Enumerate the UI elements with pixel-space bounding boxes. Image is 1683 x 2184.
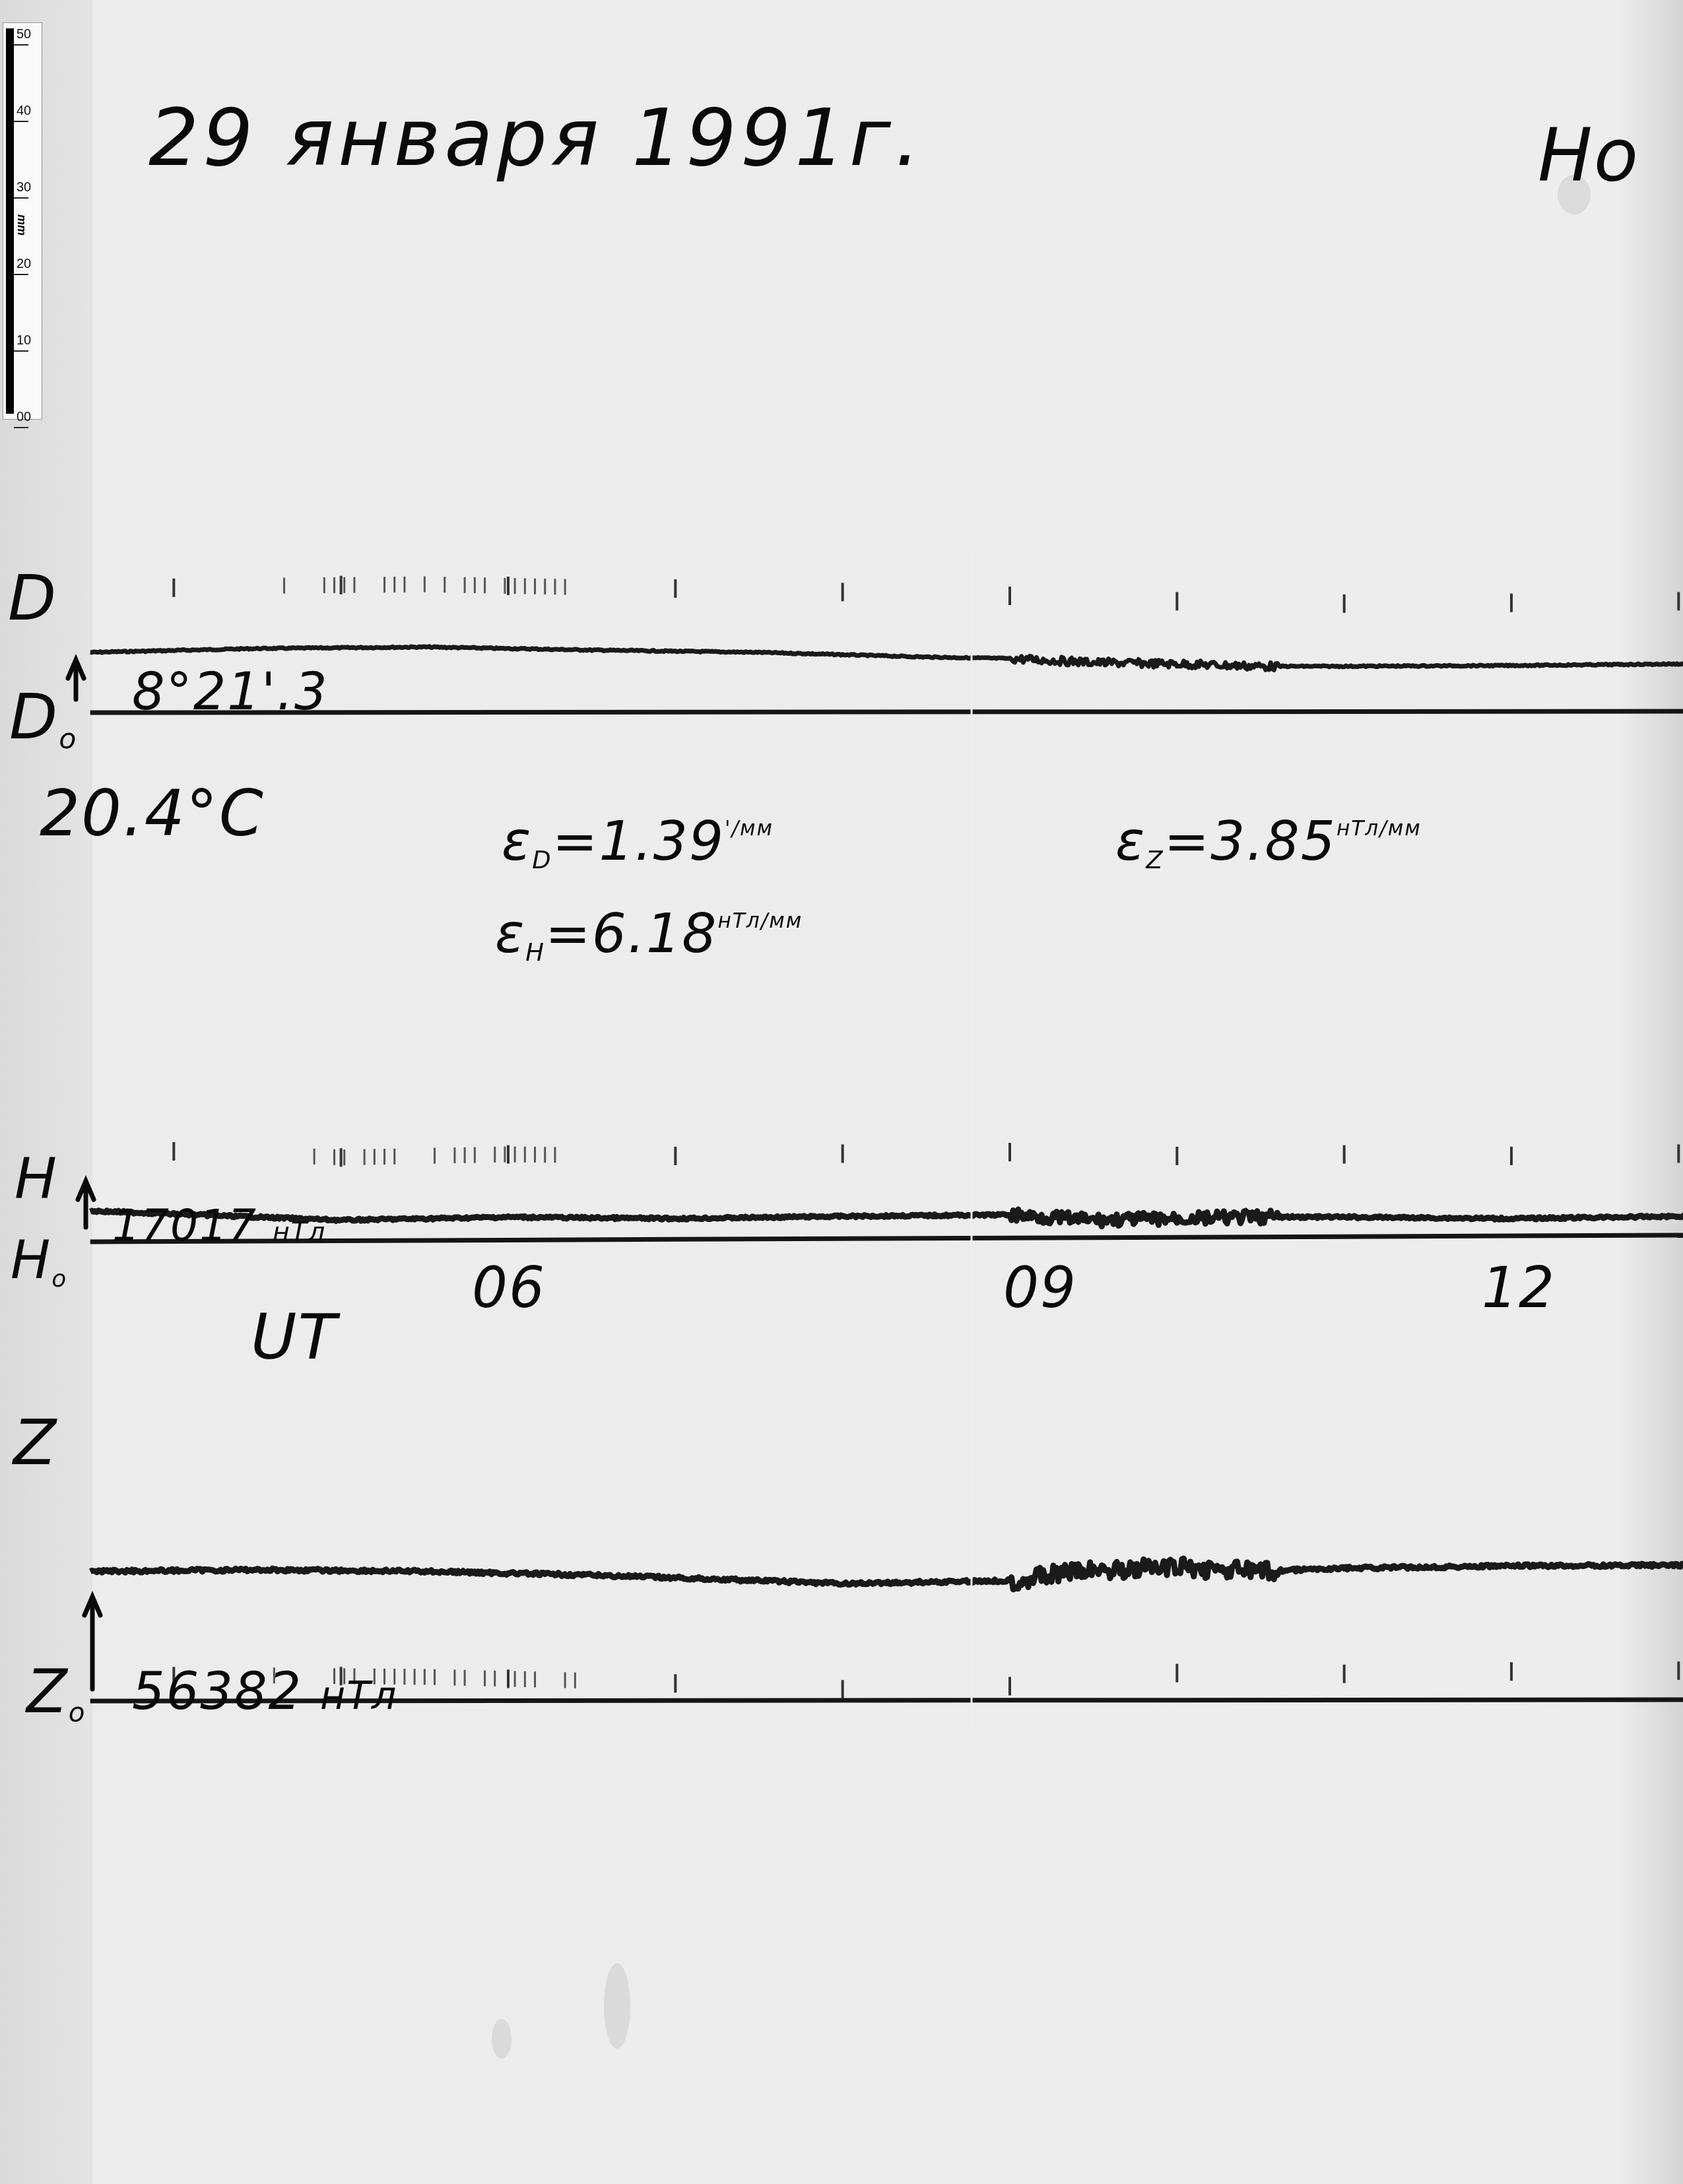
time-tick-06: 06 [472,1260,546,1316]
baseline-h [90,1235,1683,1242]
trace-z [90,1558,1683,1590]
channel-label-h: H [15,1151,58,1207]
station-name-partial: Но [1538,119,1639,191]
baseline-label-h0: Ho [11,1234,67,1291]
baseline-value-z: 56382 нТл [132,1666,397,1718]
scale-factor-h: εH=6.18нТл/мм [495,907,803,965]
time-tick-12: 12 [1482,1260,1556,1316]
baseline-label-z0: Zo [26,1663,86,1726]
baseline-value-d: 8°21'.3 [132,666,329,718]
time-tick-09: 09 [1003,1260,1077,1316]
scale-factor-z: εZ=3.85нТл/мм [1115,815,1422,873]
baseline-d [90,711,1683,713]
scale-factor-d: εD=1.39'/мм [502,815,774,873]
up-arrow-icon [78,1181,94,1227]
trace-d [90,647,1683,670]
temperature-reading: 20.4°C [40,782,265,845]
up-arrow-icon [84,1597,100,1689]
magnetogram-traces [0,0,1683,2184]
time-axis-label: UT [251,1306,338,1369]
record-date-title: 29 января 1991г. [148,99,924,178]
baseline-label-d0: Do [9,686,77,754]
baseline-value-h: 17017 нТл [112,1204,326,1248]
channel-label-d: D [8,567,57,630]
trace-h [90,1209,1683,1227]
channel-label-z: Z [13,1412,57,1475]
